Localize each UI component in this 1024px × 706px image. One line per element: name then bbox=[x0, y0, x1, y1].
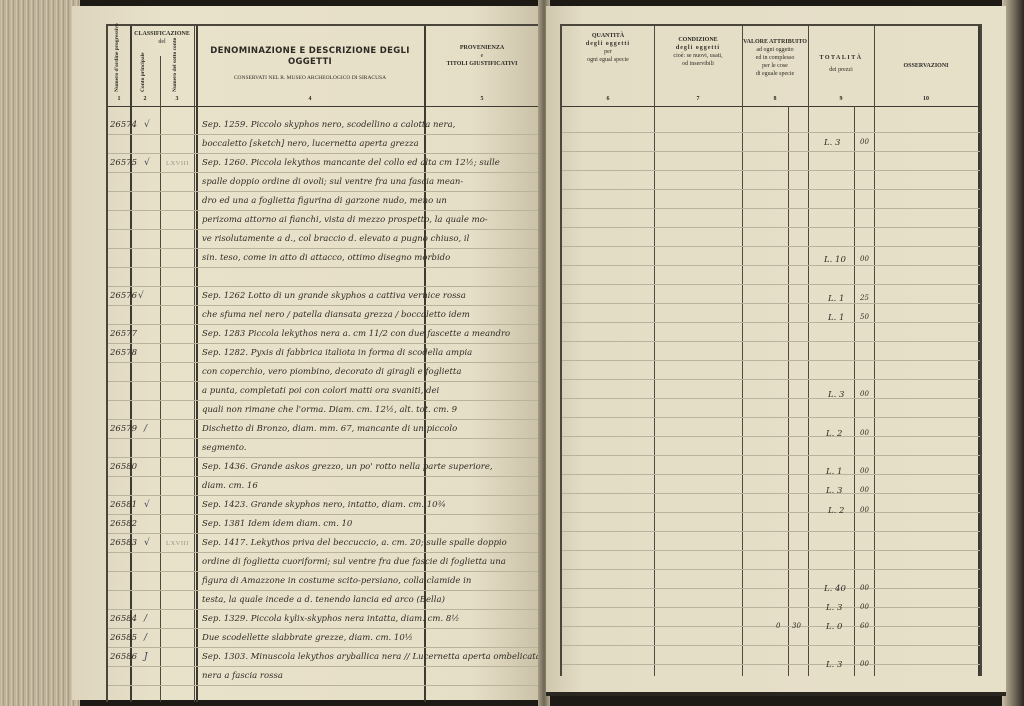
price-total: L. 1 bbox=[828, 313, 844, 323]
check-mark: √ bbox=[144, 120, 150, 130]
header-col6-line: QUANTITÀ bbox=[562, 32, 654, 40]
entry-line: Sep. 1423. Grande skyphos nero, intatto,… bbox=[202, 500, 446, 510]
header-col3-label: Numero del sotto conto bbox=[172, 54, 179, 92]
header-col5-line1: PROVENIENZA bbox=[426, 44, 538, 52]
header-col6-line: degli oggetti bbox=[562, 40, 654, 48]
entry-line: ordine di foglietta cuoriformi; sul vent… bbox=[202, 557, 506, 567]
left-header: Numero d'ordine progressivo 1 CLASSIFICA… bbox=[108, 26, 540, 107]
col-divider bbox=[654, 26, 655, 676]
entry-number: 26586 bbox=[110, 652, 137, 662]
entry-number: 26577 bbox=[110, 329, 137, 339]
entry-number: 26582 bbox=[110, 519, 137, 529]
price-cents: 25 bbox=[860, 294, 869, 302]
unit-cents: 30 bbox=[792, 622, 801, 630]
price-cents: 00 bbox=[860, 506, 869, 514]
entry-line: sin. teso, come in atto di attacco, otti… bbox=[202, 253, 450, 263]
entry-line: dro ed una a foglietta figurina di garzo… bbox=[202, 196, 447, 206]
entry-line: Due scodellette slabbrate grezze, diam. … bbox=[202, 633, 413, 643]
check-mark: √ bbox=[144, 158, 150, 168]
header-col7-line: od inservibili bbox=[654, 60, 742, 68]
entry-line: Sep. 1260. Piccola lekythos mancante del… bbox=[202, 158, 500, 168]
price-cents: 60 bbox=[860, 622, 869, 630]
price-cents: 50 bbox=[860, 313, 869, 321]
entry-line: Sep. 1259. Piccolo skyphos nero, scodell… bbox=[202, 120, 455, 130]
col-divider bbox=[808, 26, 809, 676]
entry-line: spalle doppio ordine di ovoli; sul ventr… bbox=[202, 177, 463, 187]
check-mark: √ bbox=[144, 538, 150, 548]
price-cents: 00 bbox=[860, 390, 869, 398]
entry-line: Sep. 1381 Idem idem diam. cm. 10 bbox=[202, 519, 352, 529]
header-col9-num: 9 bbox=[808, 95, 874, 103]
check-mark: J bbox=[144, 652, 148, 662]
header-col6-line: per bbox=[562, 48, 654, 56]
header-col9: TOTALITÀ dei prezzi 9 bbox=[808, 26, 874, 106]
header-col6-num: 6 bbox=[562, 95, 654, 103]
price-total: L. 10 bbox=[824, 255, 846, 265]
header-col8-line: di eguale specie bbox=[742, 70, 808, 78]
subconto-number: LXVIII bbox=[166, 160, 189, 167]
entry-line: nera a fascia rossa bbox=[202, 671, 283, 681]
price-cents: 00 bbox=[860, 429, 869, 437]
entry-line: perizoma attorno ai fianchi, vista di me… bbox=[202, 215, 488, 225]
price-total: L. 3 bbox=[826, 603, 842, 613]
check-mark: / bbox=[144, 424, 147, 434]
header-col5: PROVENIENZA e TITOLI GIUSTIFICATIVI 5 bbox=[426, 26, 538, 106]
price-total: L. 2 bbox=[828, 506, 844, 516]
entry-line: Sep. 1329. Piccola kylix-skyphos nera in… bbox=[202, 614, 460, 624]
header-col10-num: 10 bbox=[874, 95, 978, 103]
entry-line: Dischetto di Bronzo, diam. mm. 67, manca… bbox=[202, 424, 457, 434]
price-total: L. 3 bbox=[826, 660, 842, 670]
header-col10: OSSERVAZIONI 10 bbox=[874, 26, 978, 106]
price-total: L. 1 bbox=[826, 467, 842, 477]
header-col4-title: DENOMINAZIONE E DESCRIZIONE DEGLI OGGETT… bbox=[196, 46, 424, 69]
header-col1-label: Numero d'ordine progressivo bbox=[114, 34, 121, 92]
price-total: L. 0 bbox=[826, 622, 842, 632]
col-divider bbox=[854, 106, 855, 676]
header-col7: CONDIZIONE degli oggetti cioè: se nuovi,… bbox=[654, 26, 742, 106]
header-col3-num: 3 bbox=[160, 95, 194, 103]
price-total: L. 40 bbox=[824, 584, 846, 594]
price-total: L. 3 bbox=[826, 486, 842, 496]
col-divider bbox=[978, 26, 980, 676]
header-col7-line: CONDIZIONE bbox=[654, 36, 742, 44]
header-col1-num: 1 bbox=[108, 95, 130, 103]
entry-line: Sep. 1303. Minuscola lekythos aryballica… bbox=[202, 652, 541, 662]
header-col8-num: 8 bbox=[742, 95, 808, 103]
entry-line: testa, la quale incede a d. tenendo lanc… bbox=[202, 595, 445, 605]
header-col3: Numero del sotto conto 3 bbox=[160, 26, 194, 106]
entry-number: 26575 bbox=[110, 158, 137, 168]
header-col5-line3: TITOLI GIUSTIFICATIVI bbox=[426, 60, 538, 68]
subconto-number: LXVIII bbox=[166, 540, 189, 547]
header-col10-line: OSSERVAZIONI bbox=[874, 62, 978, 70]
entry-line: Sep. 1436. Grande askos grezzo, un po' r… bbox=[202, 462, 493, 472]
header-col9-line: TOTALITÀ bbox=[808, 54, 874, 62]
header-col5-line2: e bbox=[426, 52, 538, 60]
header-col6: QUANTITÀ degli oggetti per ogni egual sp… bbox=[562, 26, 654, 106]
right-page: QUANTITÀ degli oggetti per ogni egual sp… bbox=[546, 6, 1006, 696]
left-page: Numero d'ordine progressivo 1 CLASSIFICA… bbox=[72, 6, 542, 700]
header-col1: Numero d'ordine progressivo 1 bbox=[108, 26, 130, 106]
header-col6-line: ogni egual specie bbox=[562, 56, 654, 64]
price-cents: 00 bbox=[860, 138, 869, 146]
header-col2-num: 2 bbox=[130, 95, 160, 103]
left-ledger-table: Numero d'ordine progressivo 1 CLASSIFICA… bbox=[106, 24, 542, 702]
entry-number: 26580 bbox=[110, 462, 137, 472]
header-col4: DENOMINAZIONE E DESCRIZIONE DEGLI OGGETT… bbox=[196, 26, 424, 106]
col-divider bbox=[874, 26, 875, 676]
entry-number: 26583 bbox=[110, 538, 137, 548]
entry-number: 26578 bbox=[110, 348, 137, 358]
entry-line: con coperchio, vero piombino, decorato d… bbox=[202, 367, 461, 377]
col-divider bbox=[194, 26, 195, 702]
entry-line: boccaletto [sketch] nero, lucernetta ape… bbox=[202, 139, 419, 149]
entry-line: figura di Amazzone in costume scito-pers… bbox=[202, 576, 471, 586]
header-col8: VALORE ATTRIBUITO ad ogni oggetto ed in … bbox=[742, 26, 808, 106]
header-col7-num: 7 bbox=[654, 95, 742, 103]
check-mark: / bbox=[144, 614, 147, 624]
header-col8-line: ad ogni oggetto bbox=[742, 46, 808, 54]
header-col8-line: ed in complesso bbox=[742, 54, 808, 62]
header-col2: Conto principale 2 bbox=[130, 26, 160, 106]
check-mark: / bbox=[144, 633, 147, 643]
header-col4-subtitle: CONSERVATI NEL R. MUSEO ARCHEOLOGICO DI … bbox=[196, 75, 424, 82]
page-bottom-edge bbox=[546, 692, 1006, 696]
col-divider bbox=[788, 106, 789, 676]
entry-line: diam. cm. 16 bbox=[202, 481, 258, 491]
entry-number: 26581 bbox=[110, 500, 137, 510]
entry-line: che sfuma nel nero / patella diansata gr… bbox=[202, 310, 470, 320]
entry-line: a punta, completati poi con colori matti… bbox=[202, 386, 439, 396]
price-cents: 00 bbox=[860, 467, 869, 475]
unit-value: 0 bbox=[776, 622, 780, 630]
price-total: L. 3 bbox=[824, 138, 840, 148]
header-col5-num: 5 bbox=[426, 95, 538, 103]
entry-line: Sep. 1282. Pyxis di fabbrica italiota in… bbox=[202, 348, 472, 358]
right-header: QUANTITÀ degli oggetti per ogni egual sp… bbox=[562, 26, 980, 107]
entry-number: 26574 bbox=[110, 120, 137, 130]
price-total: L. 1 bbox=[828, 294, 844, 304]
check-mark: √ bbox=[144, 500, 150, 510]
entry-line: Sep. 1283 Piccola lekythos nera a. cm 11… bbox=[202, 329, 510, 339]
header-col8-line: per le cose bbox=[742, 62, 808, 70]
price-cents: 00 bbox=[860, 603, 869, 611]
entry-number: 26576 bbox=[110, 291, 137, 301]
price-cents: 00 bbox=[860, 660, 869, 668]
entry-number: 26579 bbox=[110, 424, 137, 434]
entry-line: quali non rimane che l'orma. Diam. cm. 1… bbox=[202, 405, 457, 415]
right-ledger-table: QUANTITÀ degli oggetti per ogni egual sp… bbox=[560, 24, 982, 676]
entry-line: segmento. bbox=[202, 443, 246, 453]
header-col8-line: VALORE ATTRIBUITO bbox=[742, 38, 808, 46]
col-divider bbox=[196, 26, 198, 702]
check-mark: √ bbox=[138, 291, 144, 301]
entry-number: 26585 bbox=[110, 633, 137, 643]
entry-line: ve risolutamente a d., col braccio d. el… bbox=[202, 234, 469, 244]
entry-number: 26584 bbox=[110, 614, 137, 624]
price-total: L. 2 bbox=[826, 429, 842, 439]
header-col7-line: cioè: se nuovi, usati, bbox=[654, 52, 742, 60]
entry-line: Sep. 1417. Lekythos priva del beccuccio,… bbox=[202, 538, 507, 548]
price-cents: 00 bbox=[860, 255, 869, 263]
book-page-edges bbox=[0, 0, 80, 706]
header-col4-num: 4 bbox=[196, 95, 424, 103]
price-cents: 00 bbox=[860, 584, 869, 592]
entry-line: Sep. 1262 Lotto di un grande skyphos a c… bbox=[202, 291, 466, 301]
col-divider bbox=[742, 26, 743, 676]
price-total: L. 3 bbox=[828, 390, 844, 400]
price-cents: 00 bbox=[860, 486, 869, 494]
header-col7-line: degli oggetti bbox=[654, 44, 742, 52]
header-col9-line: dei prezzi bbox=[808, 66, 874, 74]
header-col2-label: Conto principale bbox=[140, 54, 147, 92]
